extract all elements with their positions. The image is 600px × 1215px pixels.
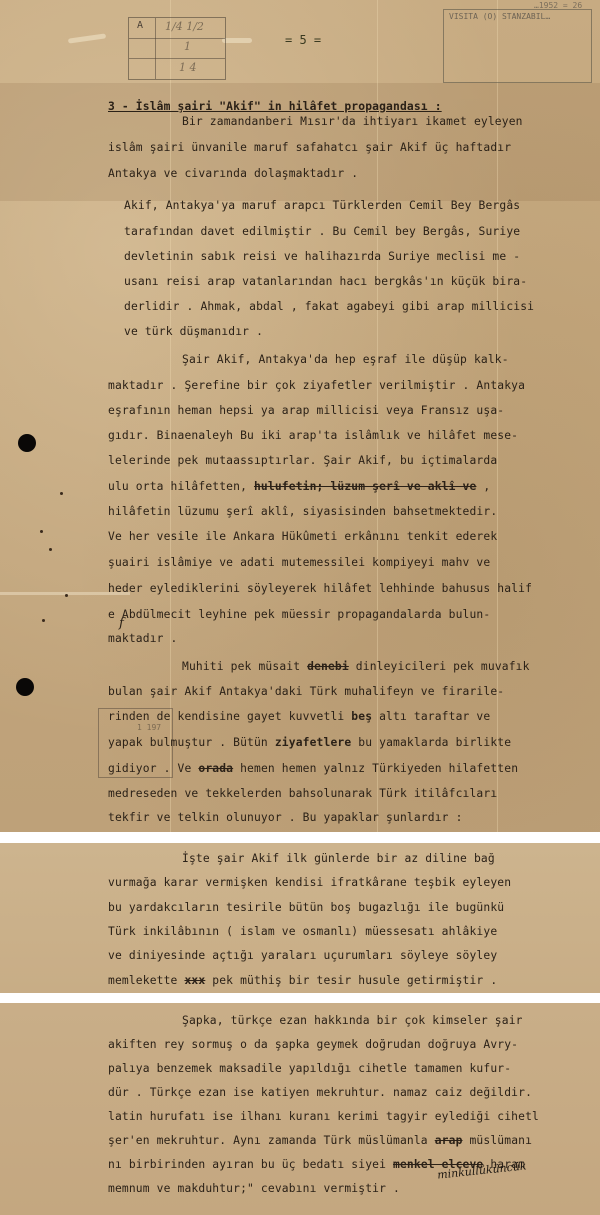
typed-line: İşte şair Akif ilk günlerde bir az dilin… (182, 852, 495, 865)
line-text: şer'en mekruhtur. Aynı zamanda Türk müsl… (108, 1134, 435, 1147)
typed-line: memlekette xxx pek müthiş bir tesir husu… (108, 974, 497, 987)
line-text: İşte şair Akif ilk günlerde bir az dilin… (182, 852, 495, 865)
line-text: pek müthiş bir tesir husule getirmiştir … (205, 974, 497, 987)
line-text: Akif, Antakya'ya maruf arapcı Türklerden… (124, 199, 520, 212)
line-text: ulu orta hilâfetten, (108, 480, 254, 493)
typed-line: memnum ve makduhtur;" cevabını vermiştir… (108, 1182, 400, 1195)
typed-line: ve diniyesinde açtığı yaraları uçurumlar… (108, 949, 497, 962)
typed-line: Şair Akif, Antakya'da hep eşraf ile düşü… (182, 353, 509, 366)
registry-stamp-left: A 1/4 1/2 1 1 4 (128, 17, 226, 80)
typed-line: lelerinde pek mutaassıptırlar. Şair Akif… (108, 454, 497, 467)
line-text: lelerinde pek mutaassıptırlar. Şair Akif… (108, 454, 497, 467)
struck-text: hulufetin; lüzum şerî ve aklî ve (254, 480, 476, 493)
line-text: ve diniyesinde açtığı yaraları uçurumlar… (108, 949, 497, 962)
typed-line: heder eylediklerini söyleyerek hilâfet l… (108, 582, 532, 595)
typed-line: hilâfetin lüzumu şerî aklî, siyasisinden… (108, 505, 497, 518)
typed-line: ve türk düşmanıdır . (124, 325, 263, 338)
typed-line: şuairi islâmiye ve adati mutemessilei ko… (108, 556, 490, 569)
line-text: gidiyor . Ve (108, 762, 198, 775)
typed-line: Antakya ve civarında dolaşmaktadır . (108, 167, 358, 180)
line-text: memlekette (108, 974, 184, 987)
punch-hole (18, 434, 36, 452)
typed-line: Şapka, türkçe ezan hakkında bir çok kims… (182, 1014, 523, 1027)
line-text: heder eylediklerini söyleyerek hilâfet l… (108, 582, 532, 595)
typed-line: derlidir . Ahmak, abdal , fakat agabeyi … (124, 300, 534, 313)
typed-line: palıya benzemek maksadile yapıldığı cihe… (108, 1062, 511, 1075)
typed-line: yapak bulmuştur . Bütün ziyafetlere bu y… (108, 736, 511, 749)
page-number: = 5 = (285, 33, 321, 47)
line-text: gıdır. Binaenaleyh Bu iki arap'ta islâml… (108, 429, 518, 442)
paper-speck (60, 492, 63, 495)
line-text: usanı reisi arap vatanlarından hacı berg… (124, 275, 527, 288)
line-text: beş (351, 710, 372, 723)
line-text: derlidir . Ahmak, abdal , fakat agabeyi … (124, 300, 534, 313)
stamp-letter: A (137, 20, 143, 31)
typed-line: Bir zamandanberi Mısır'da ihtiyarı ikame… (182, 115, 523, 128)
line-text: hilâfetin lüzumu şerî aklî, siyasisinden… (108, 505, 497, 518)
typed-line: tekfir ve telkin olunuyor . Bu yapaklar … (108, 811, 463, 824)
handwritten-margin-mark: f (119, 616, 124, 631)
stamp-middle-text: 1 197 (137, 723, 161, 732)
struck-text: orada (198, 762, 233, 775)
typed-line: Muhiti pek müsait denebi dinleyicileri p… (182, 660, 530, 673)
paper-speck (40, 530, 43, 533)
typed-line: maktadır . Şerefine bir çok ziyafetler v… (108, 379, 525, 392)
line-text: dinleyicileri pek muvafık (349, 660, 530, 673)
line-text: Muhiti pek müsait (182, 660, 307, 673)
typed-line: eşrafının heman hepsi ya arap millicisi … (108, 404, 504, 417)
line-text: Şapka, türkçe ezan hakkında bir çok kims… (182, 1014, 523, 1027)
line-text: müslümanı (463, 1134, 533, 1147)
typed-line: latin hurufatı ise ilhanı kuranı kerimi … (108, 1110, 539, 1123)
section-heading: 3 - İslâm şairi "Akif" in hilâfet propag… (108, 100, 442, 113)
line-text: ziyafetlere (275, 736, 351, 749)
stamp-entry: 1 (184, 40, 191, 53)
stamp-top-text: …1952 = 26 (534, 1, 582, 10)
line-text: dür . Türkçe ezan ise katiyen mekruhtur.… (108, 1086, 532, 1099)
line-text: Ve her vesile ile Ankara Hükûmeti erkânı… (108, 530, 497, 543)
typed-line: islâm şairi ünvanile maruf safahatcı şai… (108, 141, 511, 154)
line-text: palıya benzemek maksadile yapıldığı cihe… (108, 1062, 511, 1075)
paper-tear (68, 33, 106, 43)
line-text: nı birbirinden ayıran bu üç bedatı siyei (108, 1158, 393, 1171)
typed-line: Akif, Antakya'ya maruf arapcı Türklerden… (124, 199, 520, 212)
line-text: , (476, 480, 490, 493)
typed-line: akiften rey sormuş o da şapka geymek doğ… (108, 1038, 518, 1051)
typed-line: gıdır. Binaenaleyh Bu iki arap'ta islâml… (108, 429, 518, 442)
typed-line: ulu orta hilâfetten, hulufetin; lüzum şe… (108, 480, 490, 493)
line-text: yapak bulmuştur . Bütün (108, 736, 275, 749)
line-text: e Abdülmecit leyhine pek müessir propaga… (108, 608, 490, 621)
line-text: ve türk düşmanıdır . (124, 325, 263, 338)
typed-line: tarafından davet edilmiştir . Bu Cemil b… (124, 225, 520, 238)
stamp-entry: 1 4 (179, 61, 197, 74)
typed-line: medreseden ve tekkelerden bahsolunarak T… (108, 787, 497, 800)
typed-line: usanı reisi arap vatanlarından hacı berg… (124, 275, 527, 288)
line-text: memnum ve makduhtur;" cevabını vermiştir… (108, 1182, 400, 1195)
typed-line: Ve her vesile ile Ankara Hükûmeti erkânı… (108, 530, 497, 543)
typed-line: şer'en mekruhtur. Aynı zamanda Türk müsl… (108, 1134, 532, 1147)
stamp-entry: 1/4 1/2 (165, 20, 204, 33)
typed-line: Türk inkilâbının ( islam ve osmanlı) müe… (108, 925, 497, 938)
line-text: devletinin sabık reisi ve halihazırda Su… (124, 250, 520, 263)
typed-line: rinden de kendisine gayet kuvvetli beş a… (108, 710, 490, 723)
document-sheet-2: İşte şair Akif ilk günlerde bir az dilin… (0, 843, 600, 993)
paper-speck (49, 548, 52, 551)
struck-text: arap (435, 1134, 463, 1147)
paper-speck (65, 594, 68, 597)
line-text: latin hurufatı ise ilhanı kuranı kerimi … (108, 1110, 539, 1123)
line-text: tekfir ve telkin olunuyor . Bu yapaklar … (108, 811, 463, 824)
typed-line: bu yardakcıların tesirile bütün boş buga… (108, 901, 504, 914)
line-text: akiften rey sormuş o da şapka geymek doğ… (108, 1038, 518, 1051)
typed-line: e Abdülmecit leyhine pek müessir propaga… (108, 608, 490, 621)
line-text: Şair Akif, Antakya'da hep eşraf ile düşü… (182, 353, 509, 366)
line-text: vurmağa karar vermişken kendisi ifratkâr… (108, 876, 511, 889)
line-text: tarafından davet edilmiştir . Bu Cemil b… (124, 225, 520, 238)
line-text: altı taraftar ve (372, 710, 490, 723)
typed-line: bulan şair Akif Antakya'daki Türk muhali… (108, 685, 504, 698)
line-text: Bir zamandanberi Mısır'da ihtiyarı ikame… (182, 115, 523, 128)
line-text: bu yamaklarda birlikte (351, 736, 511, 749)
document-sheet-1: A 1/4 1/2 1 1 4 = 5 = …1952 = 26 VISITA … (0, 0, 600, 832)
line-text: islâm şairi ünvanile maruf safahatcı şai… (108, 141, 511, 154)
typed-line: devletinin sabık reisi ve halihazırda Su… (124, 250, 520, 263)
paper-speck (42, 619, 45, 622)
line-text: bu yardakcıların tesirile bütün boş buga… (108, 901, 504, 914)
punch-hole (16, 678, 34, 696)
line-text: rinden de kendisine gayet kuvvetli (108, 710, 351, 723)
line-text: eşrafının heman hepsi ya arap millicisi … (108, 404, 504, 417)
typed-line: vurmağa karar vermişken kendisi ifratkâr… (108, 876, 511, 889)
typed-line: maktadır . (108, 632, 178, 645)
typed-line: gidiyor . Ve orada hemen hemen yalnız Tü… (108, 762, 518, 775)
line-text: Türk inkilâbının ( islam ve osmanlı) müe… (108, 925, 497, 938)
line-text: hemen hemen yalnız Türkiyeden hilafetten (233, 762, 518, 775)
typed-line: dür . Türkçe ezan ise katiyen mekruhtur.… (108, 1086, 532, 1099)
line-text: bulan şair Akif Antakya'daki Türk muhali… (108, 685, 504, 698)
registry-stamp-right: …1952 = 26 VISITA (O) STANZABIL… (443, 9, 592, 83)
line-text: şuairi islâmiye ve adati mutemessilei ko… (108, 556, 490, 569)
struck-text: xxx (184, 974, 205, 987)
line-text: Antakya ve civarında dolaşmaktadır . (108, 167, 358, 180)
struck-text: denebi (307, 660, 349, 673)
line-text: medreseden ve tekkelerden bahsolunarak T… (108, 787, 497, 800)
paper-tear (222, 38, 252, 43)
line-text: maktadır . Şerefine bir çok ziyafetler v… (108, 379, 525, 392)
document-sheet-3: Şapka, türkçe ezan hakkında bir çok kims… (0, 1003, 600, 1215)
line-text: maktadır . (108, 632, 178, 645)
stamp-label: VISITA (O) STANZABIL… (449, 12, 550, 21)
